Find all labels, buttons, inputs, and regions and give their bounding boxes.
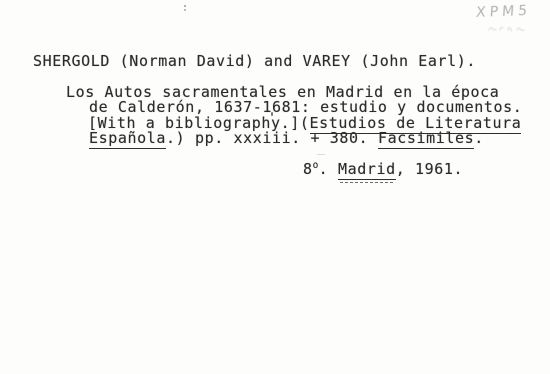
catalog-card: XPM5 SHERGOLD (Norman David) and VAREY (… xyxy=(0,0,550,374)
title-line-2: de Calderón, 1637-1681: estudio y docume… xyxy=(89,100,522,115)
format-size-superscript: o xyxy=(313,160,319,171)
pencil-shelfmark: XPM5 xyxy=(475,3,531,21)
title-line-4: Española.) pp. xxxiii. + 380. Facsimiles… xyxy=(89,131,484,146)
scan-artifact-dash xyxy=(317,154,325,155)
imprint-line: 8o. Madrid, 1961. xyxy=(303,162,463,179)
imprint-separator: . xyxy=(319,160,338,178)
series-title-part2: Española xyxy=(89,129,166,149)
scan-artifact-tick xyxy=(271,112,273,116)
heading-authors: SHERGOLD (Norman David) and VAREY (John … xyxy=(33,54,476,69)
line4-period: . xyxy=(474,129,484,147)
publication-date: , 1961. xyxy=(396,160,463,178)
pagination-text: .) pp. xxxiii. + 380. xyxy=(166,129,378,147)
publication-place: Madrid xyxy=(338,160,396,180)
facsimiles-label: Facsimiles xyxy=(378,129,474,149)
format-size: 8 xyxy=(303,160,313,178)
scan-speck xyxy=(184,5,186,7)
pencil-smudge-icon xyxy=(487,23,525,35)
